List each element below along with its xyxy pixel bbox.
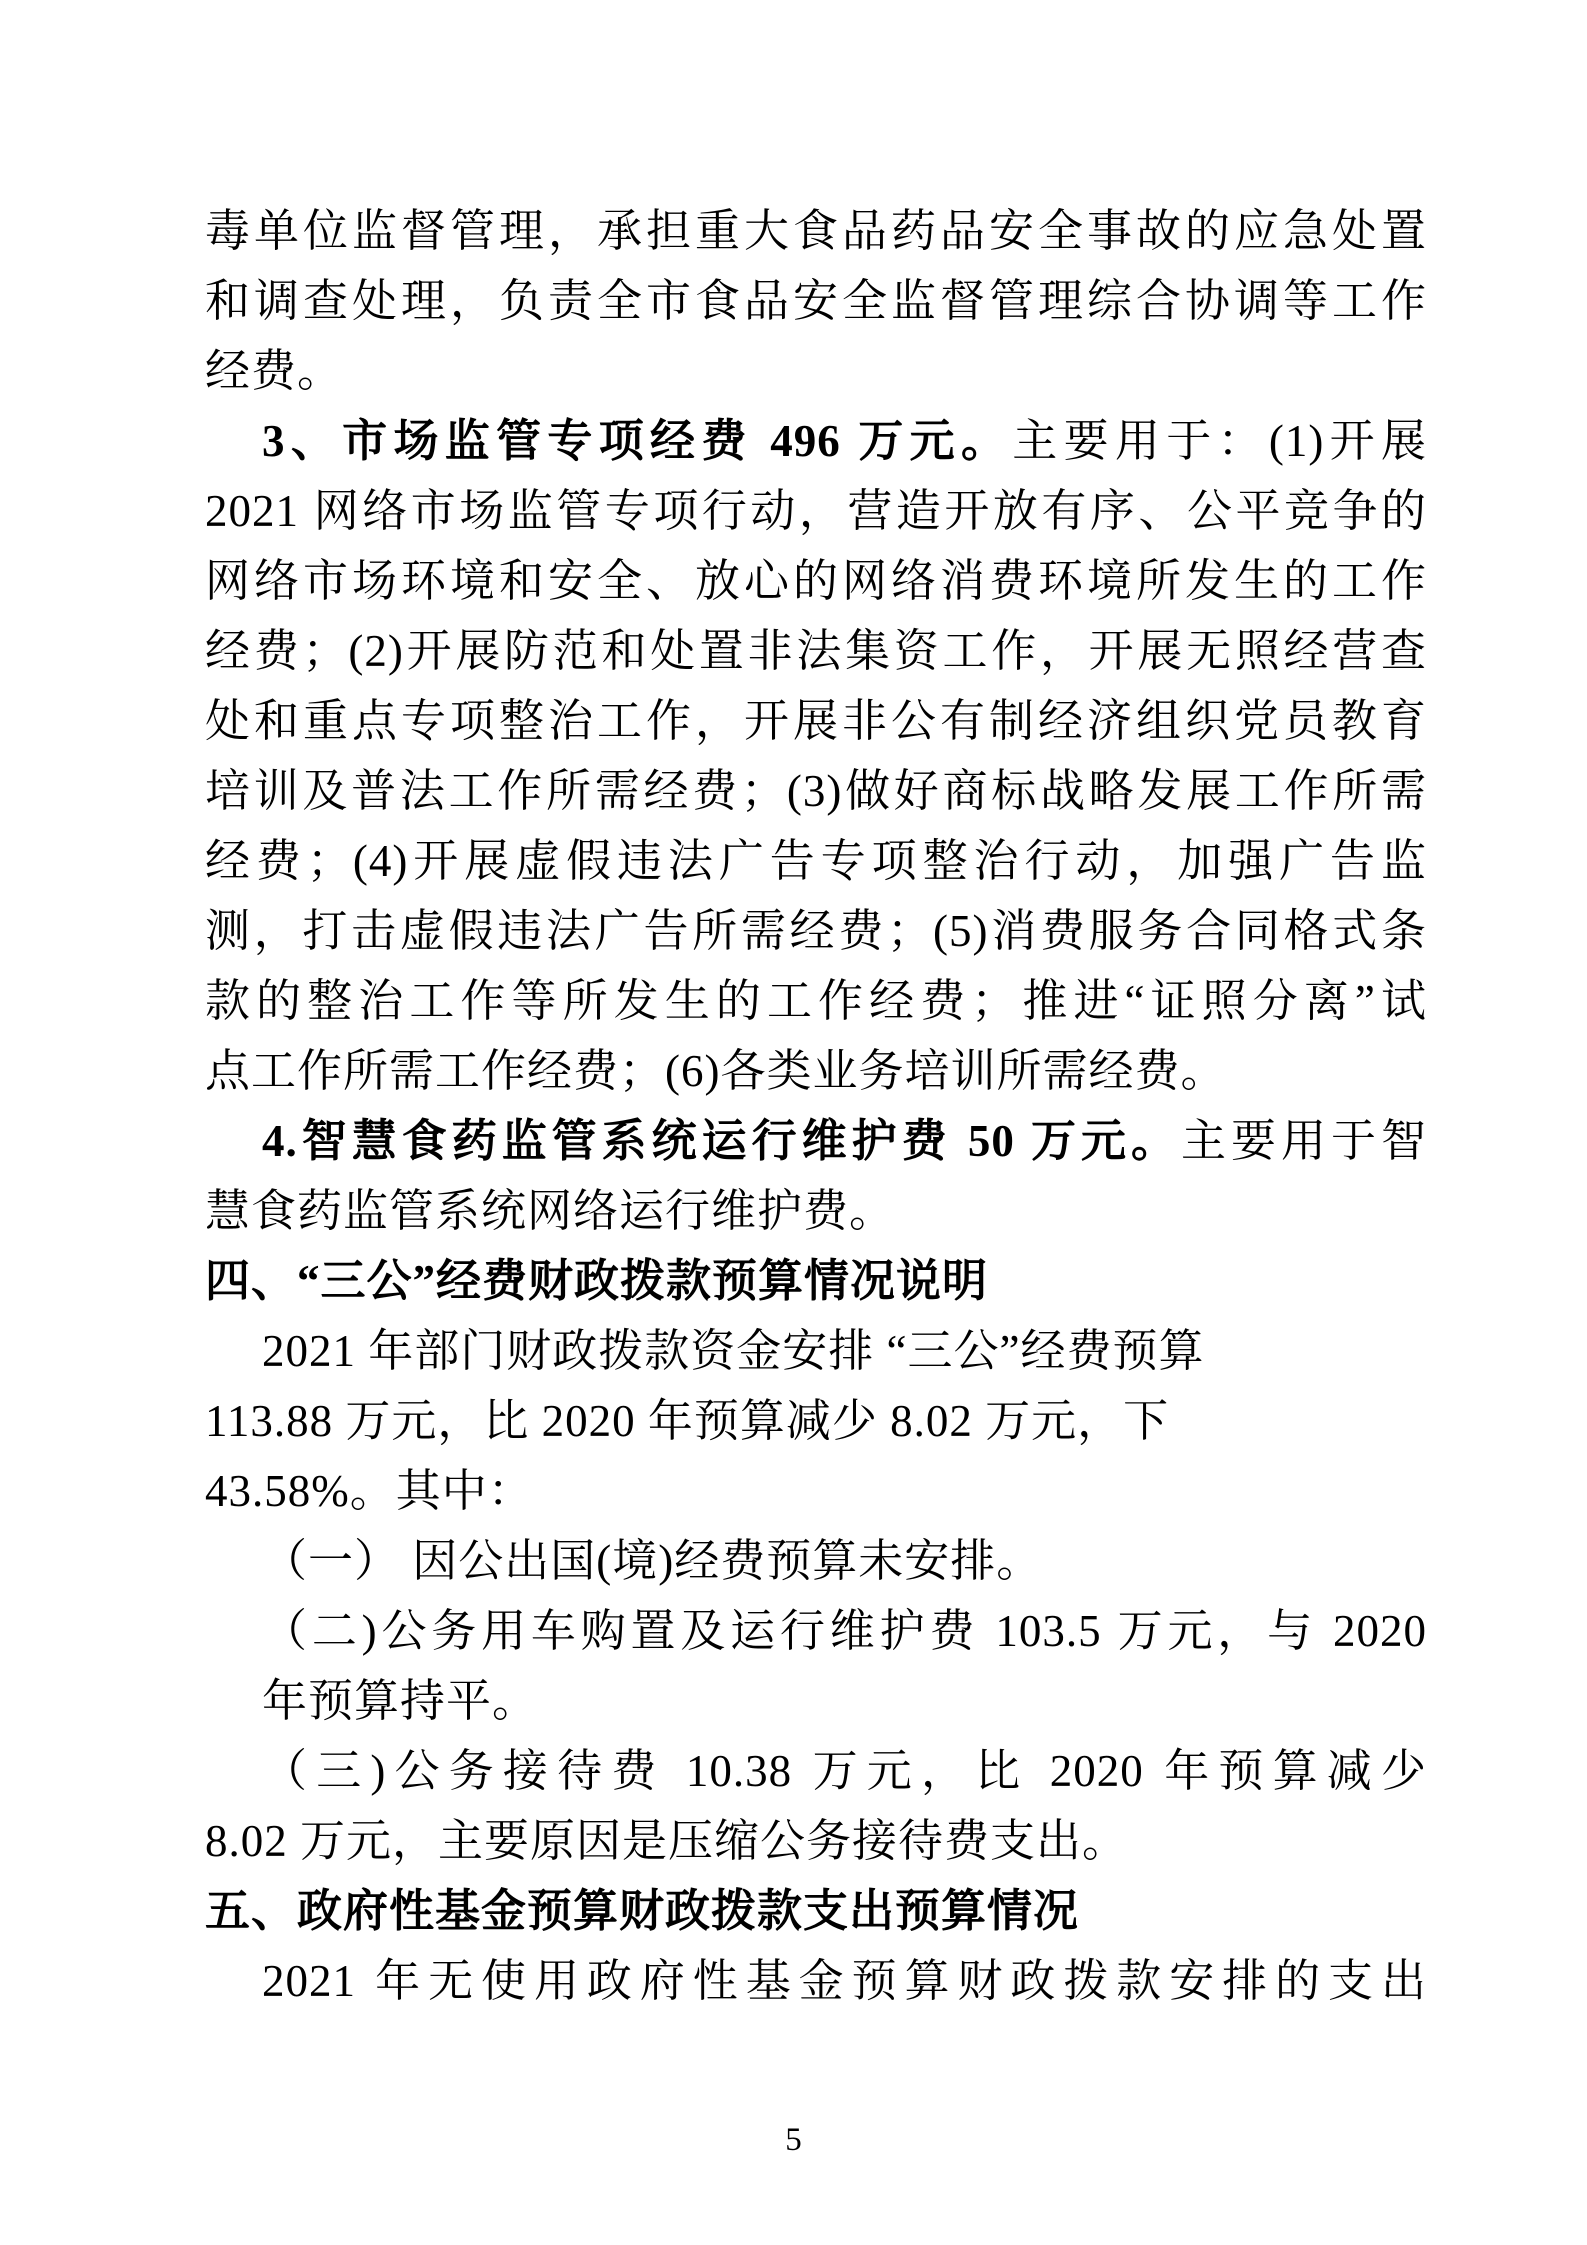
text-run: 43.58%。其中： — [205, 1466, 534, 1516]
text-line: 年预算持平。 — [205, 1666, 1427, 1736]
text-line: 8.02 万元，主要原因是压缩公务接待费支出。 — [205, 1806, 1427, 1876]
text-line: 43.58%。其中： — [205, 1456, 1427, 1526]
text-run: 8.02 万元，主要原因是压缩公务接待费支出。 — [205, 1816, 1128, 1866]
text-line: 和调查处理，负责全市食品安全监督管理综合协调等工作 — [205, 266, 1427, 336]
text-run: 2021 网络市场监管专项行动，营造开放有序、公平竞争的 — [205, 486, 1427, 536]
text-run: 处和重点专项整治工作，开展非公有制经济组织党员教育 — [205, 696, 1427, 746]
text-run: 培训及普法工作所需经费；(3)做好商标战略发展工作所需 — [205, 766, 1427, 816]
text-line: （一） 因公出国(境)经费预算未安排。 — [205, 1526, 1427, 1596]
text-line: 经费；(2)开展防范和处置非法集资工作，开展无照经营查 — [205, 616, 1427, 686]
text-run: 年预算持平。 — [262, 1676, 538, 1726]
text-run: （一） 因公出国(境)经费预算未安排。 — [262, 1536, 1042, 1586]
text-run: 主要用于智 — [1181, 1116, 1427, 1166]
text-line: 2021 年无使用政府性基金预算财政拨款安排的支出 — [205, 1946, 1427, 2016]
text-line: 经费。 — [205, 336, 1427, 406]
text-line: 处和重点专项整治工作，开展非公有制经济组织党员教育 — [205, 686, 1427, 756]
text-run: 测，打击虚假违法广告所需经费；(5)消费服务合同格式条 — [205, 906, 1427, 956]
text-run: 经费；(4)开展虚假违法广告专项整治行动，加强广告监 — [205, 836, 1427, 886]
bold-run: 3、市场监管专项经费 496 万元。 — [262, 416, 1012, 466]
bold-run: 四、“三公”经费财政拨款预算情况说明 — [205, 1256, 988, 1306]
text-line: 点工作所需工作经费；(6)各类业务培训所需经费。 — [205, 1036, 1427, 1106]
document-body: 毒单位监督管理，承担重大食品药品安全事故的应急处置 和调查处理，负责全市食品安全… — [205, 196, 1427, 2016]
text-line: 113.88 万元，比 2020 年预算减少 8.02 万元，下 — [205, 1386, 1427, 1456]
section-heading: 五、政府性基金预算财政拨款支出预算情况 — [205, 1876, 1427, 1946]
text-run: 网络市场环境和安全、放心的网络消费环境所发生的工作 — [205, 556, 1427, 606]
text-run: 毒单位监督管理，承担重大食品药品安全事故的应急处置 — [205, 206, 1427, 256]
text-line: （三)公务接待费 10.38 万元，比 2020 年预算减少 — [205, 1736, 1427, 1806]
text-run: （二)公务用车购置及运行维护费 103.5 万元，与 2020 — [262, 1606, 1427, 1656]
bold-run: 4.智慧食药监管系统运行维护费 50 万元。 — [262, 1116, 1181, 1166]
bold-run: 五、政府性基金预算财政拨款支出预算情况 — [205, 1886, 1079, 1936]
text-run: 113.88 万元，比 2020 年预算减少 8.02 万元，下 — [205, 1396, 1169, 1446]
text-run: 和调查处理，负责全市食品安全监督管理综合协调等工作 — [205, 276, 1427, 326]
page-number: 5 — [0, 2120, 1587, 2160]
text-run: 慧食药监管系统网络运行维护费。 — [205, 1186, 895, 1236]
text-line: 3、市场监管专项经费 496 万元。主要用于：(1)开展 — [205, 406, 1427, 476]
text-line: 慧食药监管系统网络运行维护费。 — [205, 1176, 1427, 1246]
document-page: { "doc": { "lines": [ {"bold": "", "text… — [0, 0, 1587, 2245]
text-run: 2021 年无使用政府性基金预算财政拨款安排的支出 — [262, 1956, 1427, 2006]
text-run: 主要用于：(1)开展 — [1012, 416, 1427, 466]
text-line: 测，打击虚假违法广告所需经费；(5)消费服务合同格式条 — [205, 896, 1427, 966]
text-run: 2021 年部门财政拨款资金安排 “三公”经费预算 — [262, 1326, 1204, 1376]
text-run: 经费。 — [205, 346, 343, 396]
text-line: 款的整治工作等所发生的工作经费；推进“证照分离”试 — [205, 966, 1427, 1036]
text-line: 2021 网络市场监管专项行动，营造开放有序、公平竞争的 — [205, 476, 1427, 546]
text-line: （二)公务用车购置及运行维护费 103.5 万元，与 2020 — [205, 1596, 1427, 1666]
text-line: 网络市场环境和安全、放心的网络消费环境所发生的工作 — [205, 546, 1427, 616]
text-line: 培训及普法工作所需经费；(3)做好商标战略发展工作所需 — [205, 756, 1427, 826]
text-line: 4.智慧食药监管系统运行维护费 50 万元。主要用于智 — [205, 1106, 1427, 1176]
text-line: 毒单位监督管理，承担重大食品药品安全事故的应急处置 — [205, 196, 1427, 266]
text-run: （三)公务接待费 10.38 万元，比 2020 年预算减少 — [262, 1746, 1427, 1796]
text-line: 2021 年部门财政拨款资金安排 “三公”经费预算 — [205, 1316, 1427, 1386]
text-run: 点工作所需工作经费；(6)各类业务培训所需经费。 — [205, 1046, 1226, 1096]
section-heading: 四、“三公”经费财政拨款预算情况说明 — [205, 1246, 1427, 1316]
text-line: 经费；(4)开展虚假违法广告专项整治行动，加强广告监 — [205, 826, 1427, 896]
text-run: 款的整治工作等所发生的工作经费；推进“证照分离”试 — [205, 976, 1427, 1026]
text-run: 经费；(2)开展防范和处置非法集资工作，开展无照经营查 — [205, 626, 1427, 676]
